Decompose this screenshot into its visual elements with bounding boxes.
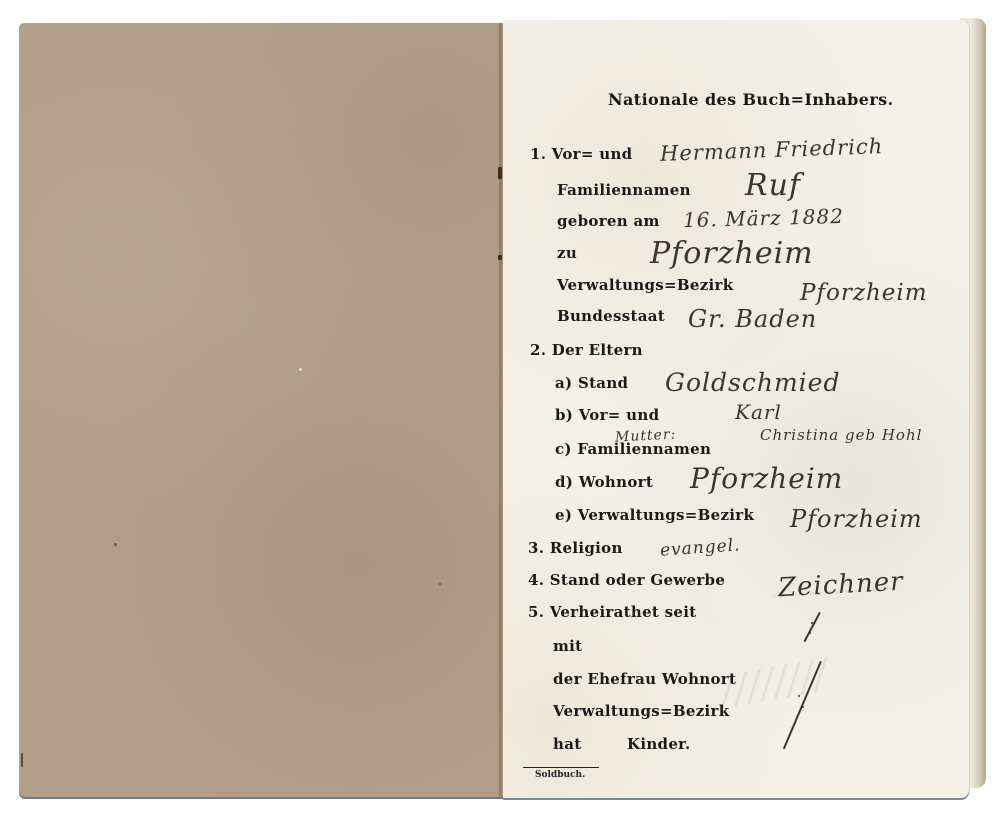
- footer-rule: [523, 767, 599, 768]
- label-zu: zu: [557, 244, 577, 262]
- value-wohnort-eltern: Pforzheim: [690, 462, 843, 495]
- page-title: Nationale des Buch=Inhabers.: [608, 90, 894, 109]
- slash-dot: [798, 695, 800, 697]
- staple-bottom: [498, 255, 502, 260]
- label-hat: hat: [553, 735, 581, 753]
- label-verheirathet-seit: 5. Verheirathet seit: [528, 603, 697, 621]
- slash-dot: [811, 622, 813, 624]
- label-geboren-am: geboren am: [557, 212, 660, 230]
- label-stand-oder-gewerbe: 4. Stand oder Gewerbe: [528, 571, 725, 589]
- label-vor-und: 1. Vor= und: [530, 145, 632, 163]
- label-wohnort: d) Wohnort: [555, 473, 653, 491]
- label-verwaltungs-bezirk-eltern: e) Verwaltungs=Bezirk: [555, 506, 754, 524]
- label-der-eltern: 2. Der Eltern: [530, 341, 643, 359]
- label-vor-und-eltern: b) Vor= und: [555, 406, 659, 424]
- edge-mark: [21, 753, 23, 767]
- label-bundesstaat: Bundesstaat: [557, 307, 665, 325]
- stain-spot: [114, 543, 117, 546]
- slash-dot: [809, 632, 811, 634]
- staple-top: [498, 167, 502, 179]
- value-geburtsort: Pforzheim: [650, 236, 814, 271]
- label-religion: 3. Religion: [528, 539, 623, 557]
- value-geburtsdatum: 16. März 1882: [683, 204, 844, 232]
- value-verwaltungs-bezirk-eltern: Pforzheim: [790, 505, 923, 533]
- label-familiennamen: Familiennamen: [557, 181, 691, 199]
- left-cover: [19, 23, 504, 797]
- value-stand-eltern: Goldschmied: [665, 368, 840, 397]
- value-familienname: Ruf: [745, 168, 801, 203]
- value-vorname-vater: Karl: [735, 400, 782, 424]
- value-mutter-prefix: Mutter:: [615, 426, 677, 445]
- footer-label: Soldbuch.: [535, 770, 585, 780]
- label-ehefrau-wohnort: der Ehefrau Wohnort: [553, 670, 736, 688]
- value-mutter-name: Christina geb Hohl: [760, 426, 922, 444]
- value-bundesstaat: Gr. Baden: [688, 305, 817, 333]
- label-kinder: Kinder.: [627, 735, 691, 753]
- label-verwaltungs-bezirk-ehefrau: Verwaltungs=Bezirk: [553, 702, 729, 720]
- value-verwaltungs-bezirk: Pforzheim: [800, 280, 928, 306]
- label-stand: a) Stand: [555, 374, 628, 392]
- stain-spot: [439, 583, 441, 585]
- label-verwaltungs-bezirk: Verwaltungs=Bezirk: [557, 276, 733, 294]
- stain-spot: [299, 368, 302, 371]
- slash-dot: [802, 706, 804, 708]
- label-mit: mit: [553, 637, 582, 655]
